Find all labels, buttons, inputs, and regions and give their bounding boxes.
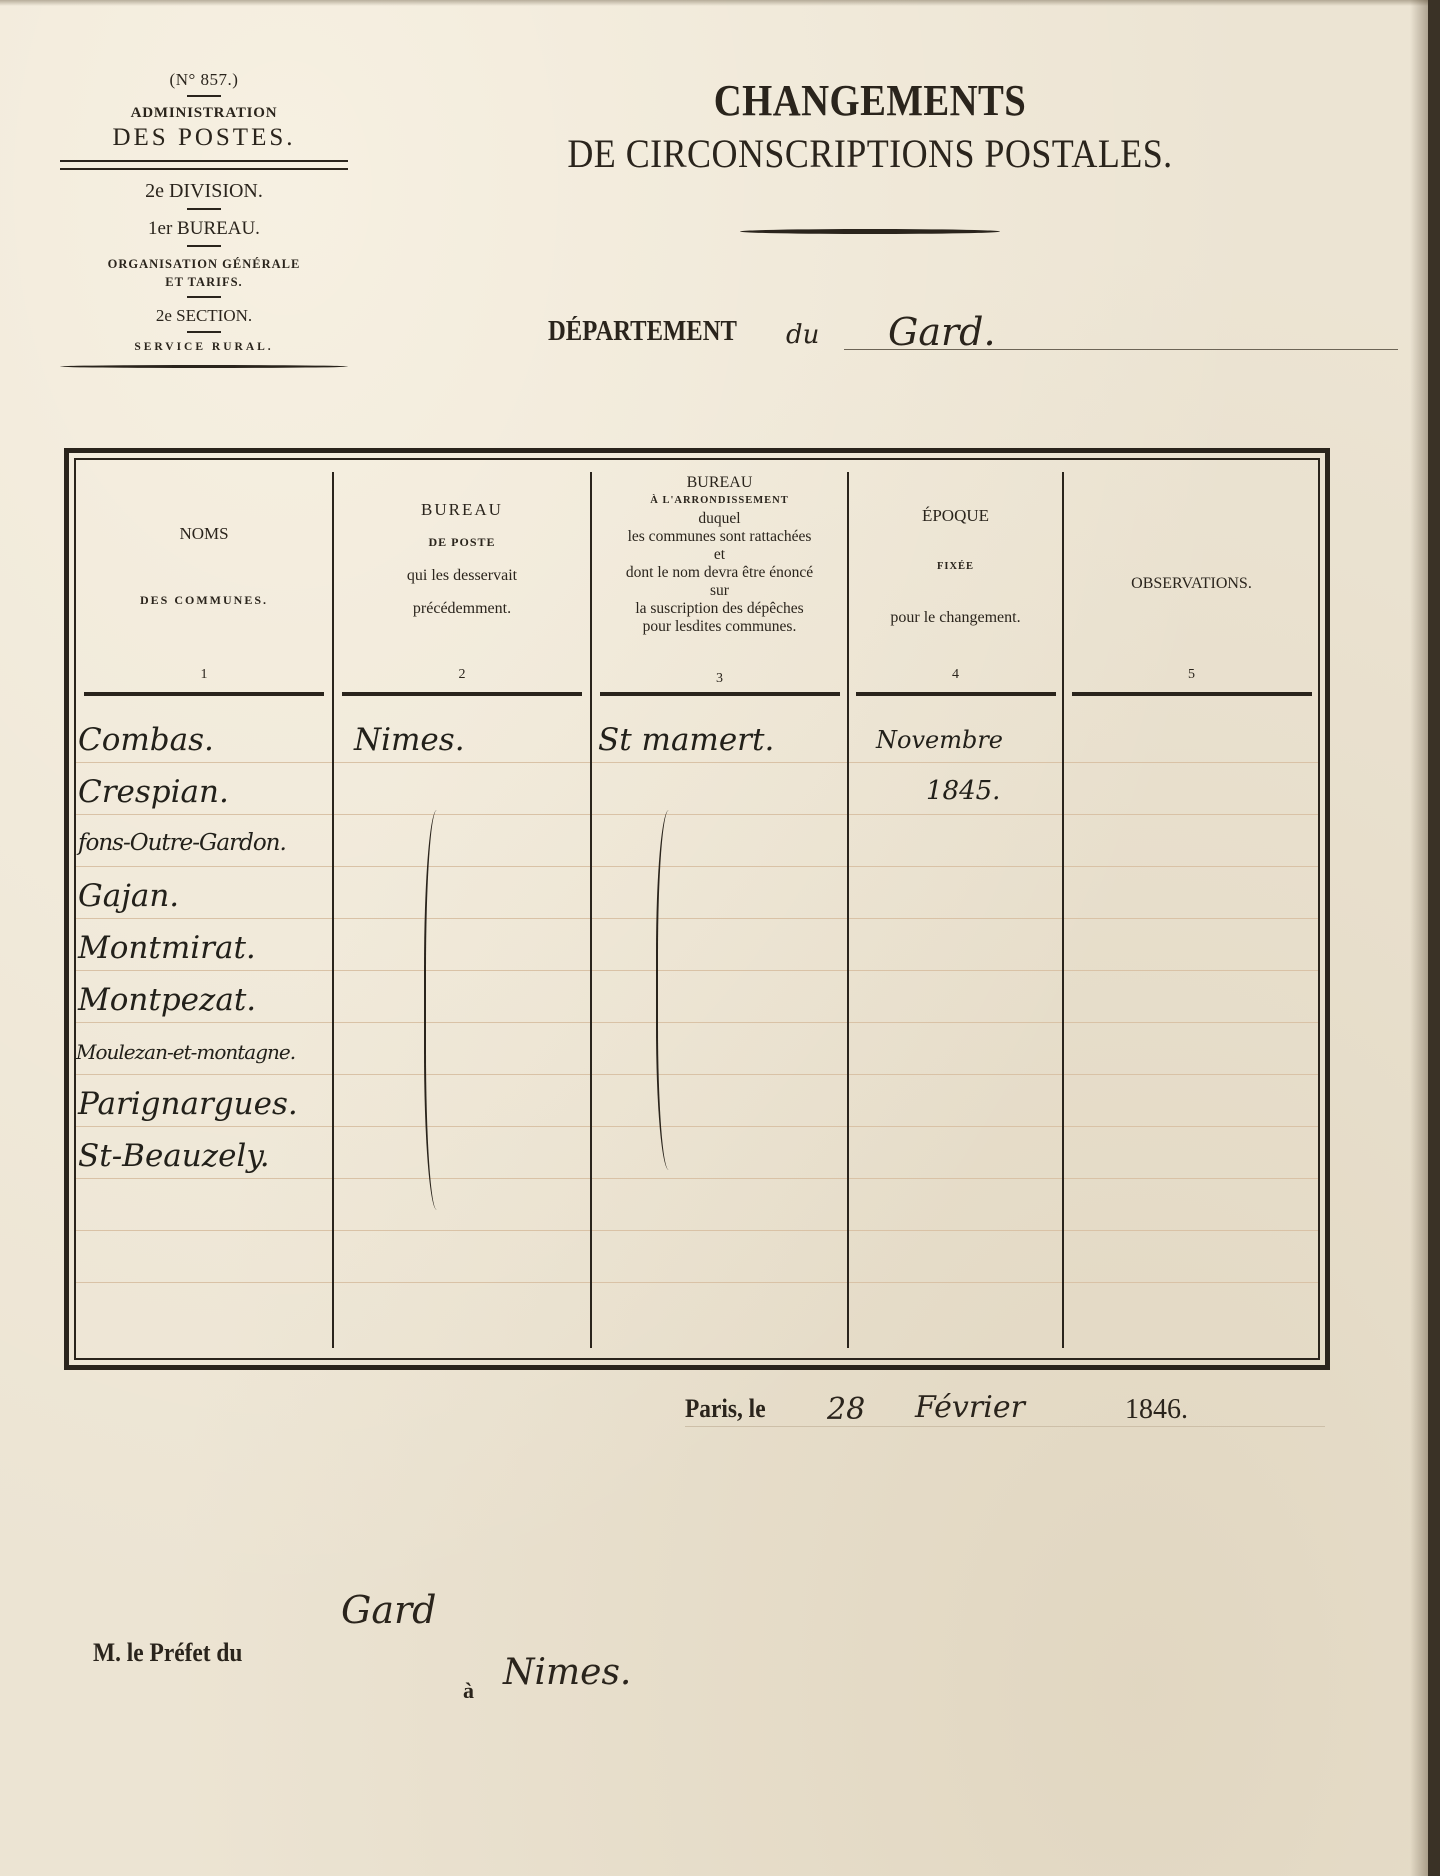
header-line: les communes sont rattachées (592, 528, 847, 546)
date-underline (685, 1426, 1325, 1427)
des-postes-label: DES POSTES. (60, 124, 348, 152)
double-rule (60, 160, 348, 170)
page-top-edge (0, 0, 1428, 6)
department-label: DÉPARTEMENT (548, 316, 737, 348)
header-line: précédemment. (334, 599, 590, 618)
header-line: DES COMMUNES. (76, 591, 332, 610)
department-field: DÉPARTEMENT du Gard. (548, 316, 1398, 364)
division-label: 2e DIVISION. (60, 180, 348, 203)
header-line: dont le nom devra être énoncé (592, 564, 847, 582)
organisation-label: ORGANISATION GÉNÉRALE (60, 255, 348, 273)
column-header-bureau-rattachement: BUREAU À L'ARRONDISSEMENT duquel les com… (592, 474, 847, 684)
header-line: sur (592, 582, 847, 600)
column-number: 3 (592, 670, 847, 688)
column-header-bureau-precedent: BUREAU DE POSTE qui les desservait précé… (334, 474, 590, 684)
recipient-city: Nimes. (503, 1652, 631, 1693)
epoque-month: Novembre (876, 726, 1003, 754)
administration-header: (N° 857.) ADMINISTRATION DES POSTES. 2e … (60, 70, 348, 371)
header-line: DE POSTE (334, 533, 590, 552)
recipient-preposition: à (463, 1678, 474, 1704)
divider (187, 331, 221, 333)
header-rule (856, 692, 1056, 696)
commune-name: Montmirat. (78, 930, 256, 966)
column-number: 1 (76, 665, 332, 684)
ruled-line (76, 1126, 1318, 1127)
header-line: FIXÉE (849, 557, 1062, 576)
header-line: ÉPOQUE (849, 506, 1062, 525)
commune-name: Montpezat. (78, 982, 256, 1018)
bureau-precedent: Nimes. (354, 722, 465, 758)
column-number: 2 (334, 665, 590, 684)
bureau-label: 1er BUREAU. (60, 218, 348, 240)
header-line: OBSERVATIONS. (1064, 574, 1319, 593)
bureau-rattachement: St mamert. (598, 722, 774, 758)
recipient-label: M. le Préfet du (93, 1638, 242, 1668)
service-label: SERVICE RURAL. (60, 341, 348, 353)
title-line-1: CHANGEMENTS (527, 75, 1213, 126)
column-header-communes: NOMS DES COMMUNES. 1 (76, 474, 332, 684)
header-line: et (592, 546, 847, 564)
commune-name: Crespian. (78, 774, 229, 810)
header-rule (84, 692, 324, 696)
form-number: (N° 857.) (60, 70, 348, 90)
column-header-observations: OBSERVATIONS. 5 (1064, 474, 1319, 684)
ruled-line (76, 918, 1318, 919)
recipient-department: Gard (341, 1588, 437, 1632)
header-line: À L'ARRONDISSEMENT (592, 492, 847, 510)
ruled-line (76, 1230, 1318, 1231)
ditto-mark-icon (424, 810, 456, 1210)
header-line: duquel (592, 510, 847, 528)
ruled-line (76, 1022, 1318, 1023)
ruled-line (76, 1178, 1318, 1179)
date-year: 1846. (1125, 1394, 1188, 1426)
header-line: qui les desservait (334, 566, 590, 585)
commune-name: Combas. (78, 722, 214, 758)
commune-name: Moulezan-et-montagne. (76, 1040, 295, 1064)
header-line: BUREAU (334, 500, 590, 519)
table-inner-frame: NOMS DES COMMUNES. 1 BUREAU DE POSTE qui… (74, 458, 1320, 1360)
date-day: 28 (827, 1392, 865, 1427)
commune-name: fons-Outre-Gardon. (78, 830, 286, 856)
ruled-line (76, 866, 1318, 867)
recipient-address: M. le Préfet du Gard à Nimes. (93, 1588, 733, 1708)
date-month: Février (915, 1390, 1025, 1425)
date-place-label: Paris, le (685, 1394, 766, 1424)
commune-name: Gajan. (78, 878, 179, 914)
document-title: CHANGEMENTS DE CIRCONSCRIPTIONS POSTALES… (480, 75, 1260, 234)
ruled-line (76, 1282, 1318, 1283)
epoque-year: 1845. (926, 776, 1000, 806)
department-prefix: du (786, 320, 819, 350)
tarifs-label: ET TARIFS. (60, 273, 348, 291)
divider (187, 95, 221, 97)
administration-label: ADMINISTRATION (60, 105, 348, 122)
column-number: 5 (1064, 665, 1319, 684)
section-label: 2e SECTION. (60, 306, 348, 326)
department-value: Gard. (888, 310, 996, 354)
document-page: (N° 857.) ADMINISTRATION DES POSTES. 2e … (0, 0, 1428, 1876)
flourish-rule (60, 363, 348, 371)
ruled-line (76, 970, 1318, 971)
ornament-rule (740, 229, 1000, 234)
commune-name: Parignargues. (78, 1086, 298, 1122)
header-line: pour le changement. (849, 608, 1062, 627)
date-line: Paris, le 28 Février 1846. (685, 1394, 1325, 1438)
header-line: pour lesdites communes. (592, 618, 847, 636)
header-rule (1072, 692, 1312, 696)
title-line-2: DE CIRCONSCRIPTIONS POSTALES. (519, 130, 1221, 177)
divider (187, 208, 221, 210)
header-line: NOMS (76, 524, 332, 543)
ruled-line (76, 814, 1318, 815)
divider (187, 296, 221, 298)
ditto-mark-icon (656, 810, 688, 1170)
header-line: BUREAU (592, 474, 847, 492)
column-number: 4 (849, 665, 1062, 684)
ruled-line (76, 762, 1318, 763)
page-edge-shadow (1410, 0, 1428, 1876)
column-header-epoque: ÉPOQUE FIXÉE pour le changement. 4 (849, 474, 1062, 684)
divider (187, 245, 221, 247)
changes-table: NOMS DES COMMUNES. 1 BUREAU DE POSTE qui… (64, 448, 1330, 1370)
commune-name: St-Beauzely. (78, 1138, 270, 1174)
header-line: la suscription des dépêches (592, 600, 847, 618)
ruled-line (76, 1074, 1318, 1075)
header-rule (600, 692, 840, 696)
header-rule (342, 692, 582, 696)
